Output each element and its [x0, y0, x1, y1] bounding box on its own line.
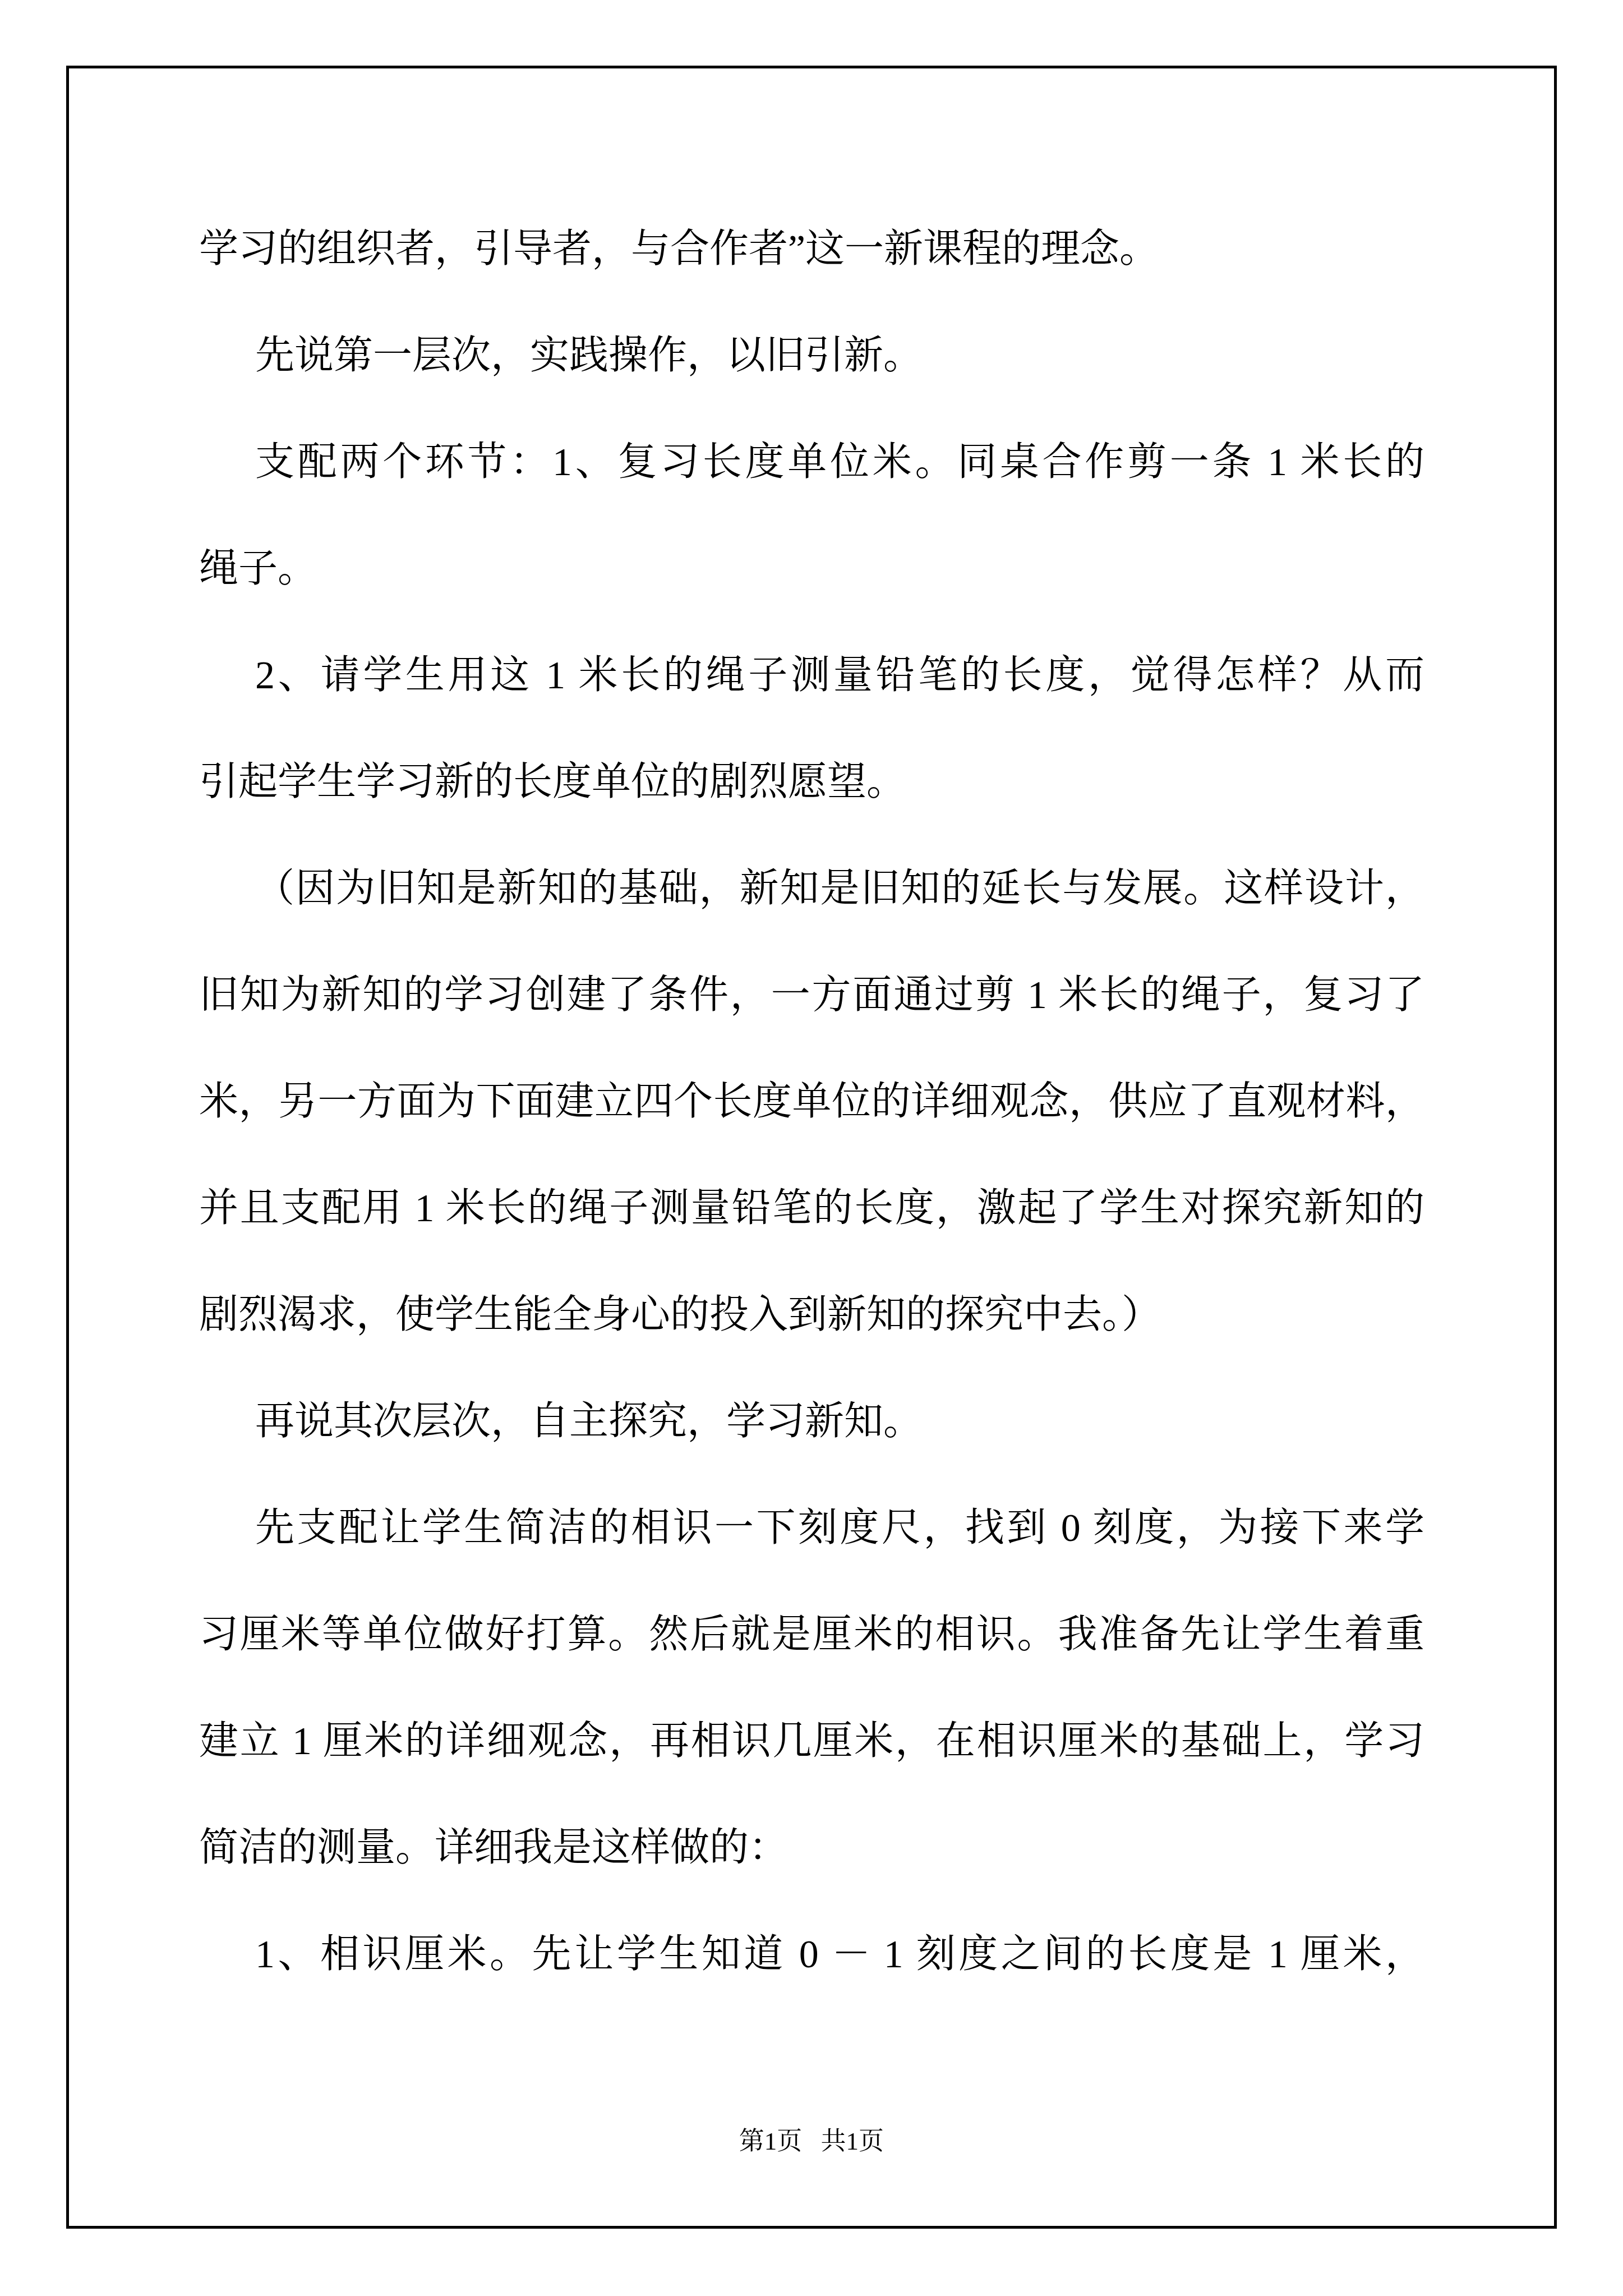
- body-text-block: 学习的组织者，引导者，与合作者”这一新课程的理念。先说第一层次，实践操作，以旧引…: [199, 196, 1424, 2008]
- text-line: 引起学生学习新的长度单位的剧烈愿望。: [199, 729, 1424, 836]
- text-line: 并且支配用 1 米长的绳子测量铅笔的长度，激起了学生对探究新知的: [199, 1156, 1424, 1262]
- text-line: 1、相识厘米。先让学生知道 0 － 1 刻度之间的长度是 1 厘米，: [199, 1902, 1424, 2008]
- text-line: 米，另一方面为下面建立四个长度单位的详细观念，供应了直观材料，: [199, 1049, 1424, 1156]
- page-border: 学习的组织者，引导者，与合作者”这一新课程的理念。先说第一层次，实践操作，以旧引…: [66, 66, 1557, 2229]
- text-line: 剧烈渴求，使学生能全身心的投入到新知的探究中去。）: [199, 1262, 1424, 1369]
- text-line: 支配两个环节：1、复习长度单位米。同桌合作剪一条 1 米长的: [199, 409, 1424, 516]
- text-line: 学习的组织者，引导者，与合作者”这一新课程的理念。: [199, 196, 1424, 303]
- text-line: 习厘米等单位做好打算。然后就是厘米的相识。我准备先让学生着重: [199, 1582, 1424, 1688]
- text-line: 建立 1 厘米的详细观念，再相识几厘米，在相识厘米的基础上，学习: [199, 1688, 1424, 1795]
- text-line: 简洁的测量。详细我是这样做的：: [199, 1795, 1424, 1902]
- document-viewport: { "page": { "background_color": "#ffffff…: [0, 0, 1623, 2296]
- text-line: （因为旧知是新知的基础，新知是旧知的延长与发展。这样设计，: [199, 836, 1424, 942]
- text-line: 绳子。: [199, 516, 1424, 623]
- text-line: 旧知为新知的学习创建了条件，一方面通过剪 1 米长的绳子，复习了: [199, 942, 1424, 1049]
- text-line: 2、请学生用这 1 米长的绳子测量铅笔的长度，觉得怎样？从而: [199, 623, 1424, 729]
- page-number-footer: 第1页 共1页: [69, 2127, 1554, 2155]
- document-page: 学习的组织者，引导者，与合作者”这一新课程的理念。先说第一层次，实践操作，以旧引…: [0, 0, 1623, 2296]
- text-line: 再说其次层次，自主探究，学习新知。: [199, 1369, 1424, 1475]
- text-line: 先支配让学生简洁的相识一下刻度尺，找到 0 刻度，为接下来学: [199, 1475, 1424, 1582]
- text-line: 先说第一层次，实践操作，以旧引新。: [199, 303, 1424, 409]
